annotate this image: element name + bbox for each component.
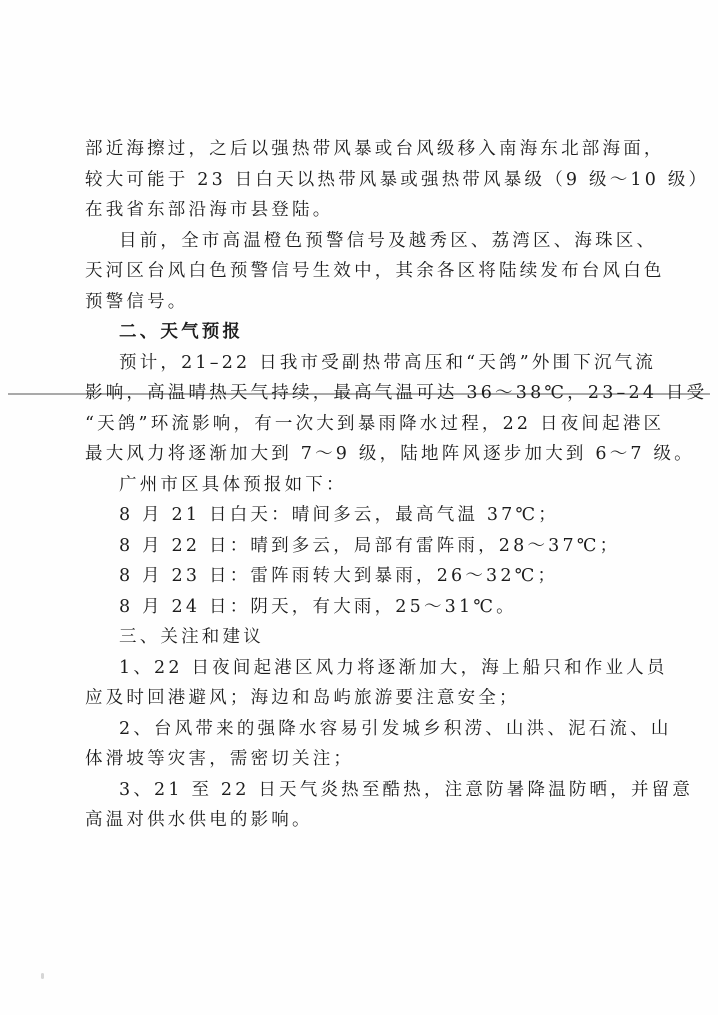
- text-line: 天河区台风白色预警信号生效中，其余各区将陆续发布台风白色: [85, 256, 615, 287]
- forecast-day-22: 8 月 22 日：晴到多云，局部有雷阵雨，28～37℃；: [85, 531, 615, 562]
- text-line: 体滑坡等灾害，需密切关注；: [85, 744, 615, 775]
- text-line: 部近海擦过，之后以强热带风暴或台风级移入南海东北部海面，: [85, 134, 615, 165]
- text-line: 较大可能于 23 日白天以热带风暴或强热带风暴级（9 级～10 级）: [85, 165, 615, 196]
- text-line: 广州市区具体预报如下：: [85, 470, 615, 501]
- document-page: 部近海擦过，之后以强热带风暴或台风级移入南海东北部海面， 较大可能于 23 日白…: [0, 0, 718, 1015]
- text-line: “天鸽”环流影响，有一次大到暴雨降水过程，22 日夜间起港区: [85, 409, 615, 440]
- advice-item-1: 1、22 日夜间起港区风力将逐渐加大，海上船只和作业人员: [85, 653, 615, 684]
- forecast-day-21: 8 月 21 日白天：晴间多云，最高气温 37℃；: [85, 500, 615, 531]
- text-line: 预警信号。: [85, 287, 615, 318]
- forecast-day-24: 8 月 24 日：阴天，有大雨，25～31℃。: [85, 592, 615, 623]
- text-line: 高温对供水供电的影响。: [85, 805, 615, 836]
- text-line: 最大风力将逐渐加大到 7～9 级，陆地阵风逐步加大到 6～7 级。: [85, 439, 615, 470]
- advice-item-3: 3、21 至 22 日天气炎热至酷热，注意防暑降温防晒，并留意: [85, 775, 615, 806]
- text-line: 在我省东部沿海市县登陆。: [85, 195, 615, 226]
- forecast-day-23: 8 月 23 日：雷阵雨转大到暴雨，26～32℃；: [85, 561, 615, 592]
- section-heading-advice: 三、关注和建议: [85, 622, 615, 653]
- advice-item-2: 2、台风带来的强降水容易引发城乡积涝、山洪、泥石流、山: [85, 714, 615, 745]
- text-line: 应及时回港避风；海边和岛屿旅游要注意安全；: [85, 683, 615, 714]
- text-line: 影响，高温晴热天气持续，最高气温可达 36～38℃，23–24 日受: [85, 378, 615, 409]
- section-heading-weather-forecast: 二、天气预报: [85, 317, 615, 348]
- text-line: 预计，21–22 日我市受副热带高压和“天鸽”外围下沉气流: [85, 348, 615, 379]
- text-line: 目前，全市高温橙色预警信号及越秀区、荔湾区、海珠区、: [85, 226, 615, 257]
- document-body: 部近海擦过，之后以强热带风暴或台风级移入南海东北部海面， 较大可能于 23 日白…: [85, 134, 615, 836]
- scan-artifact-speck: [41, 973, 44, 979]
